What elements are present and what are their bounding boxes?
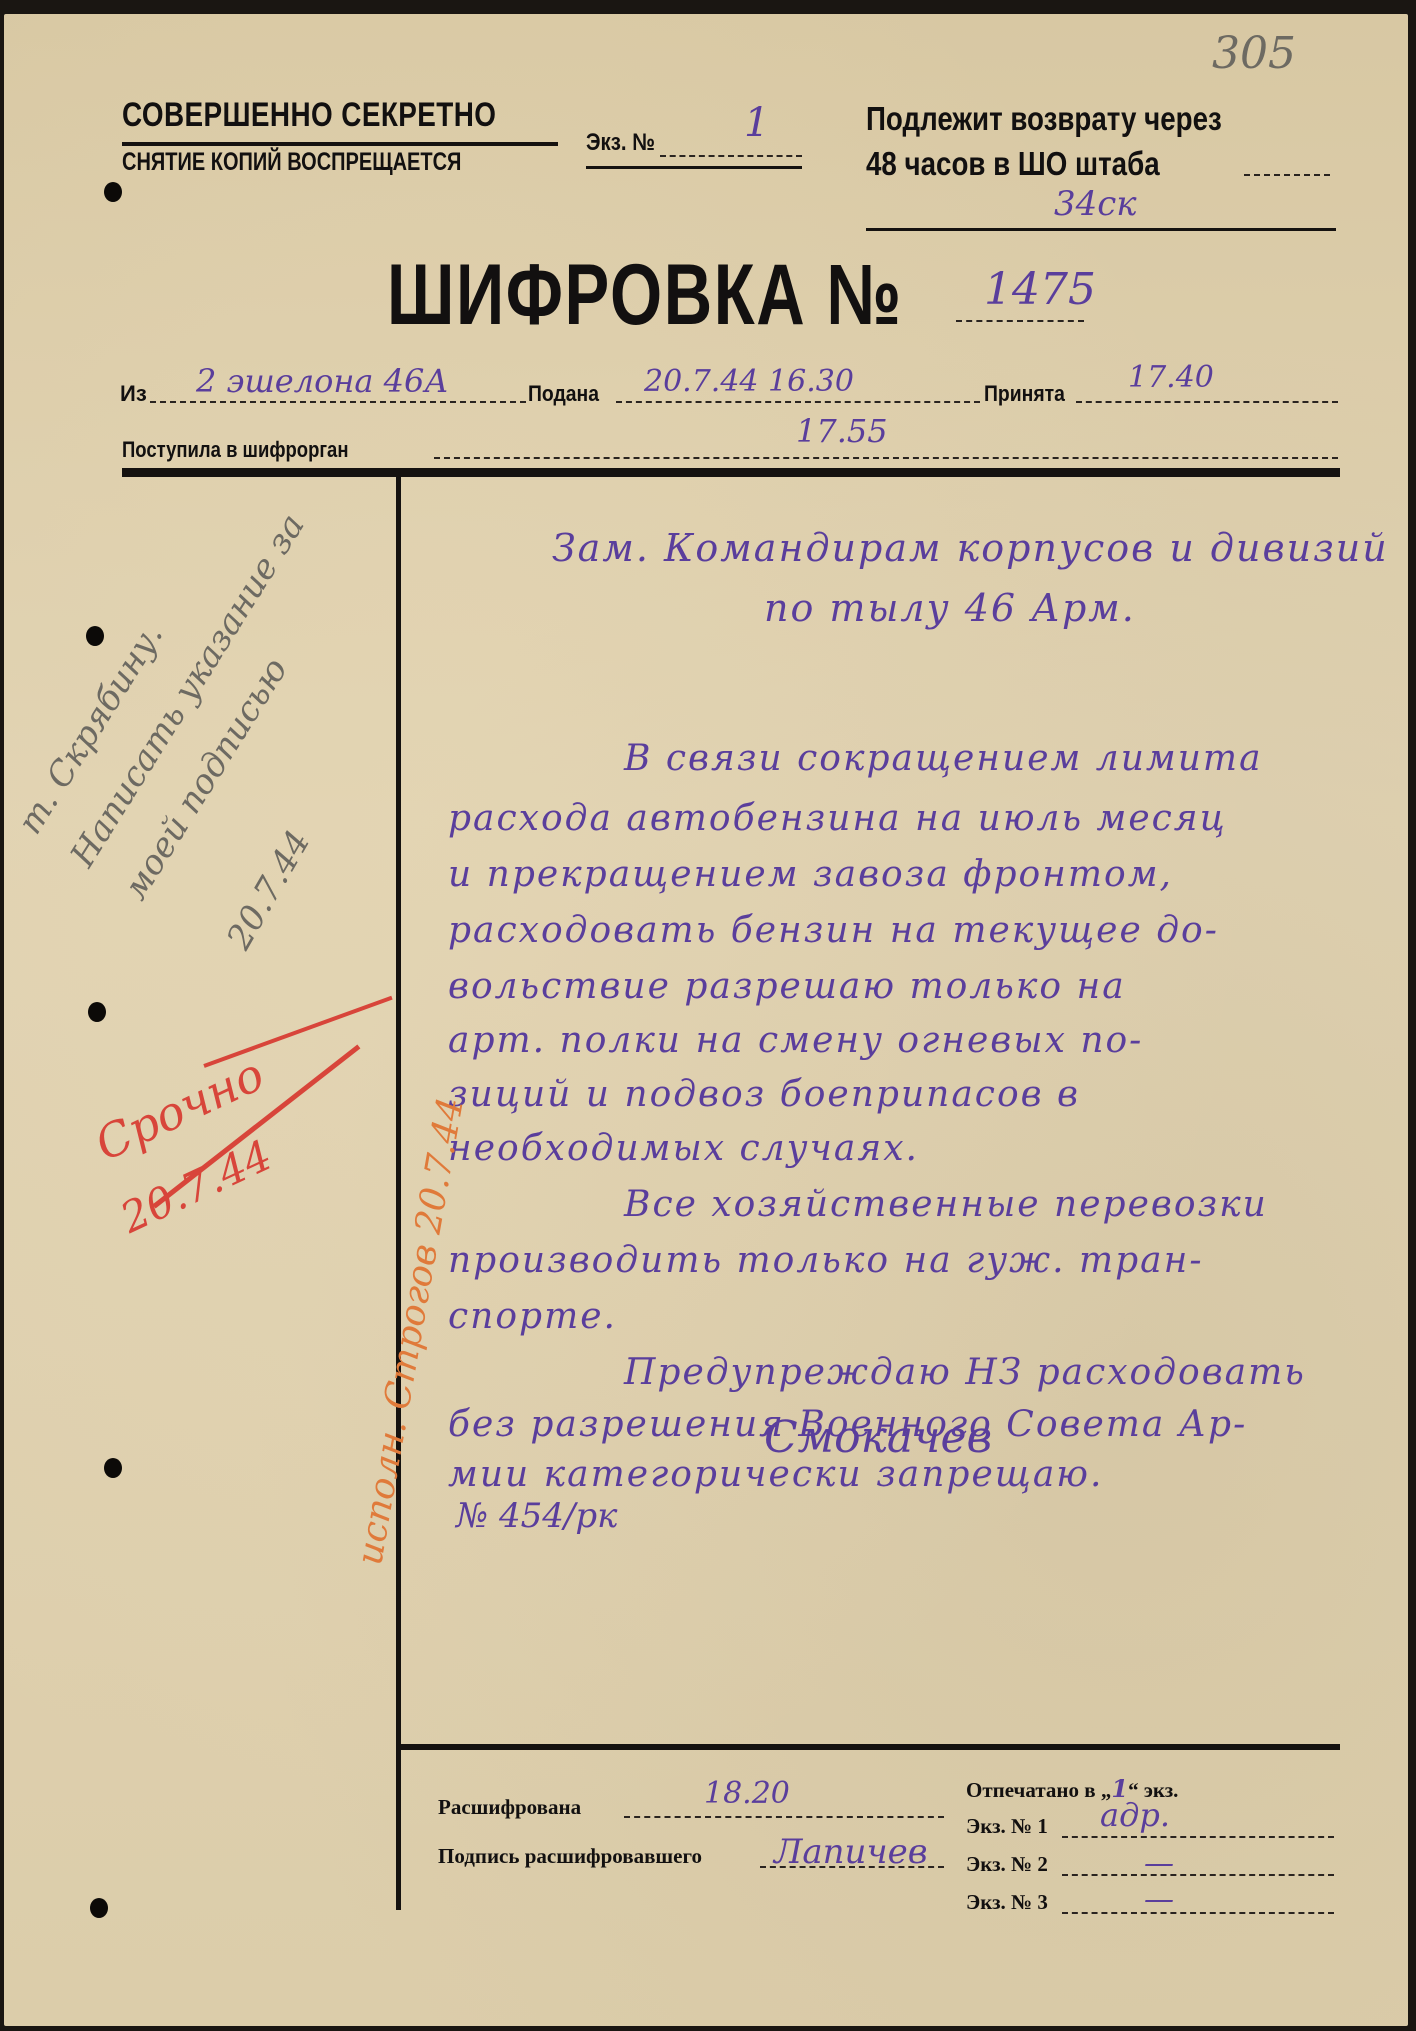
return-staff-line-short [1244, 174, 1330, 176]
printed-prefix: Отпечатано в „ [966, 1778, 1111, 1802]
body-line: вольствие разрешаю только на [448, 966, 1126, 1007]
punch-hole [88, 1002, 106, 1022]
received-field-line [1076, 401, 1338, 403]
copy2-value: — [1144, 1846, 1174, 1881]
outgoing-number: № 454/рк [456, 1496, 617, 1536]
document-title: ШИФРОВКА № [387, 246, 903, 345]
copy-number-label: Экз. № [586, 129, 655, 157]
punch-hole [86, 626, 104, 646]
addressee-line2: по тылу 46 Арм. [764, 586, 1136, 630]
body-line: зиций и подвоз боеприпасов в [448, 1074, 1080, 1115]
decrypted-label: Расшифрована [438, 1795, 581, 1820]
copy3-field-line [1062, 1912, 1334, 1914]
copy-number-divider [586, 166, 802, 169]
submitted-value: 20.7.44 16.30 [644, 364, 854, 399]
margin-vertical-rule [396, 468, 401, 1910]
copy1-value: адр. [1100, 1796, 1170, 1834]
classification-divider [122, 142, 558, 146]
pencil-resolution-date: 20.7.44 [219, 824, 319, 956]
from-field-line [150, 401, 526, 403]
submitted-label: Подана [528, 381, 599, 407]
cipher-arrival-field-line [434, 457, 1338, 459]
copy1-label: Экз. № 1 [966, 1814, 1048, 1839]
from-label: Из [120, 381, 147, 407]
copy2-label: Экз. № 2 [966, 1852, 1048, 1877]
cipher-arrival-label: Поступила в шифрорган [122, 437, 348, 463]
copy-restriction-label: СНЯТИЕ КОПИЙ ВОСПРЕЩАЕТСЯ [122, 148, 461, 177]
decryptor-signature-value: Лапичев [774, 1832, 928, 1872]
copy-number-value: 1 [744, 100, 769, 146]
sender-signature: Смокачев [764, 1412, 992, 1463]
cipher-number-value: 1475 [984, 264, 1096, 315]
body-line: Предупреждаю НЗ расходовать [624, 1352, 1306, 1393]
body-line: В связи сокращением лимита [624, 738, 1263, 779]
return-staff-field-line [866, 228, 1336, 231]
copy1-field-line [1062, 1836, 1334, 1838]
punch-hole [90, 1898, 108, 1918]
copy3-label: Экз. № 3 [966, 1890, 1048, 1915]
addressee-line1: Зам. Командирам корпусов и дивизий [552, 526, 1389, 570]
return-notice-line1: Подлежит возврату через [866, 100, 1222, 138]
pencil-resolution-note: т. Скрябину. Написать указание за моей п… [1, 458, 381, 913]
received-label: Принята [984, 381, 1065, 407]
return-staff-value: 34ск [1054, 184, 1137, 224]
decrypted-value: 18.20 [704, 1776, 790, 1811]
copy2-field-line [1062, 1874, 1334, 1876]
footer-top-rule [396, 1744, 1340, 1750]
classification-label: СОВЕРШЕННО СЕКРЕТНО [122, 96, 496, 135]
telegram-form-sheet: 305 СОВЕРШЕННО СЕКРЕТНО СНЯТИЕ КОПИЙ ВОС… [4, 14, 1408, 2026]
body-line: расходовать бензин на текущее до- [448, 910, 1219, 951]
cipher-arrival-value: 17.55 [796, 412, 888, 450]
body-line: расхода автобензина на июль месяц [448, 798, 1227, 839]
received-value: 17.40 [1128, 360, 1214, 395]
submitted-field-line [616, 401, 980, 403]
return-notice-line2: 48 часов в ШО штаба [866, 145, 1160, 183]
body-line: и прекращением завоза фронтом, [448, 854, 1173, 895]
punch-hole [104, 1458, 122, 1478]
header-bottom-rule [122, 468, 1340, 477]
copy-number-field-line [660, 155, 802, 157]
body-line: производить только на гуж. тран- [448, 1240, 1204, 1281]
red-strike-line [203, 996, 392, 1068]
body-line: арт. полки на смену огневых по- [448, 1020, 1143, 1061]
decryptor-signature-label: Подпись расшифровавшего [438, 1844, 702, 1869]
title-number-line [956, 320, 1084, 322]
decrypted-field-line [624, 1816, 944, 1818]
body-line: Все хозяйственные перевозки [624, 1184, 1268, 1225]
body-line: спорте. [448, 1296, 617, 1337]
punch-hole [104, 182, 122, 202]
body-line: необходимых случаях. [448, 1128, 919, 1169]
archive-page-number: 305 [1212, 28, 1296, 79]
copy3-value: — [1144, 1882, 1174, 1917]
from-value: 2 эшелона 46А [196, 362, 449, 400]
